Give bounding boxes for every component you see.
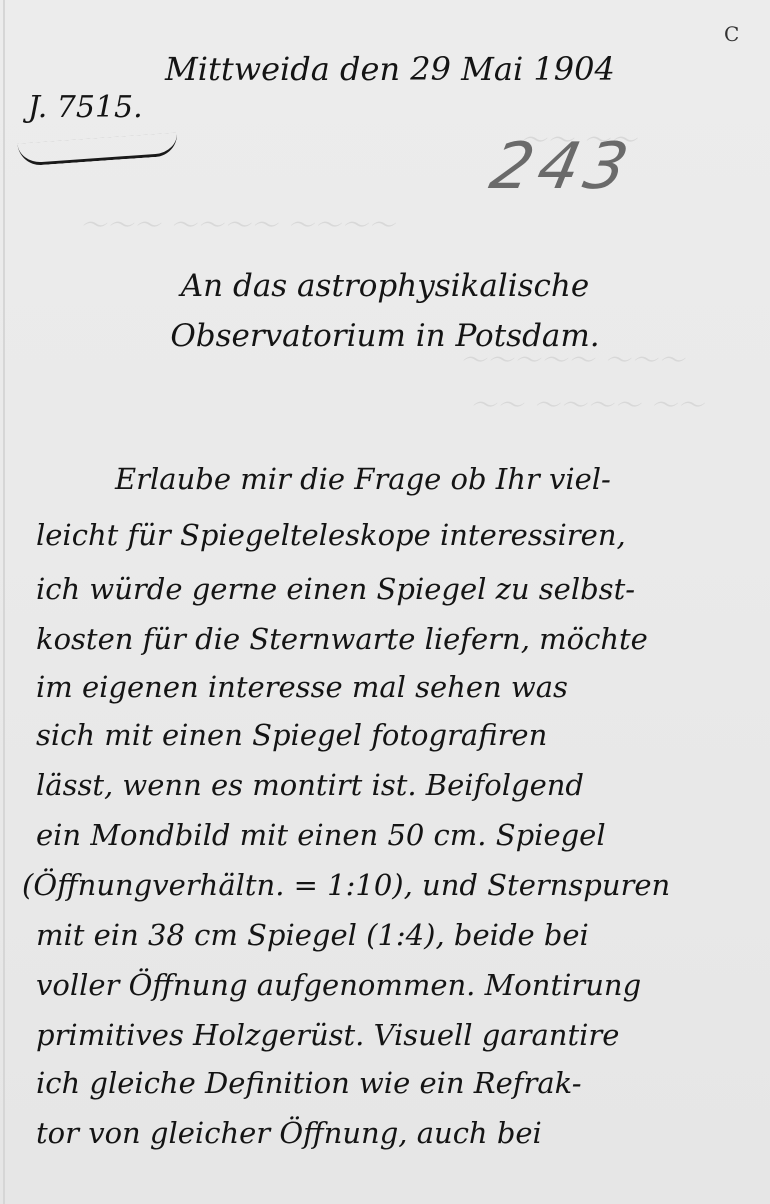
body-line: kosten für die Sternwarte liefern, möcht… xyxy=(36,622,648,656)
body-line: tor von gleicher Öffnung, auch bei xyxy=(36,1116,542,1150)
address-line: An das astrophysikalische xyxy=(0,268,770,304)
body-line: leicht für Spiegelteleskope interessiren… xyxy=(36,518,626,552)
letter-page: ～～ ～～ ～～～ ～～～～ ～～～～ ～～～～～ ～～～ ～～ ～～～～ ～～… xyxy=(0,0,770,1204)
body-line: mit ein 38 cm Spiegel (1:4), beide bei xyxy=(36,918,589,952)
body-line: ich gleiche Definition wie ein Refrak- xyxy=(36,1066,582,1100)
archive-number: 243 xyxy=(484,130,640,204)
body-line: sich mit einen Spiegel fotografiren xyxy=(36,718,547,752)
body-line: (Öffnungverhältn. = 1:10), und Sternspur… xyxy=(22,868,670,902)
show-through-text: ～～～ ～～～～ ～～～～ xyxy=(80,205,396,242)
reference-number: J. 7515. xyxy=(28,90,143,125)
address-line: Observatorium in Potsdam. xyxy=(0,318,770,354)
body-line: ich würde gerne einen Spiegel zu selbst- xyxy=(36,572,635,606)
reference-underline xyxy=(17,132,178,166)
body-line: im eigenen interesse mal sehen was xyxy=(36,670,568,704)
show-through-text: ～～ ～～～～ ～～ xyxy=(470,385,705,422)
dateline: Mittweida den 29 Mai 1904 xyxy=(165,50,615,88)
scan-edge xyxy=(3,0,5,1204)
body-line: voller Öffnung aufgenommen. Montirung xyxy=(36,968,641,1002)
body-line: primitives Holzgerüst. Visuell garantire xyxy=(36,1018,619,1052)
body-line: ein Mondbild mit einen 50 cm. Spiegel xyxy=(36,818,606,852)
body-line: Erlaube mir die Frage ob Ihr viel- xyxy=(115,462,611,496)
corner-mark: C xyxy=(724,22,739,46)
body-line: lässt, wenn es montirt ist. Beifolgend xyxy=(36,768,584,802)
